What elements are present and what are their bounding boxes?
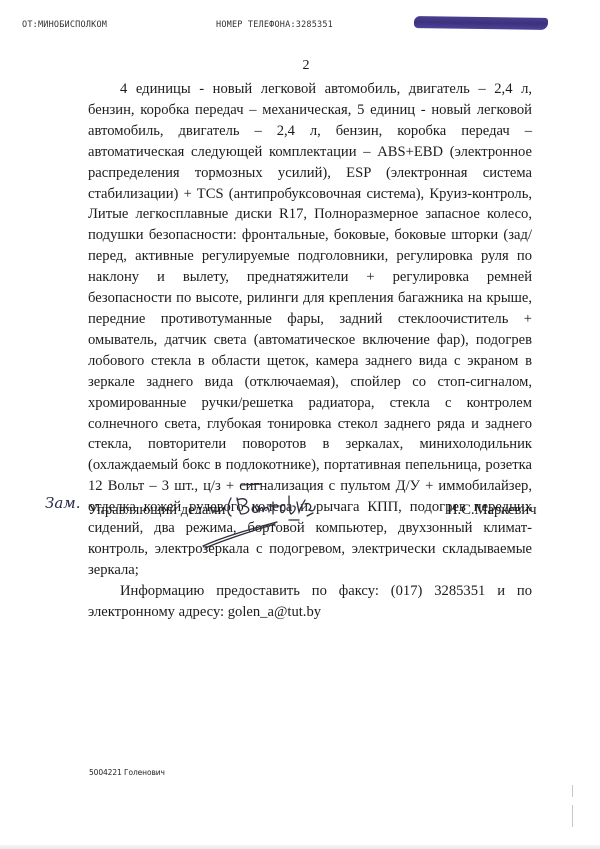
- scan-edge-mark: [572, 805, 573, 827]
- executor-note: 5004221 Голенович: [89, 768, 165, 777]
- scan-bottom-edge: [0, 845, 600, 849]
- signatory-name: И.С.Маркевич: [447, 502, 537, 519]
- page-number: 2: [0, 58, 600, 74]
- handwritten-signature-icon: [185, 476, 345, 551]
- scan-edge-mark: [572, 785, 573, 797]
- fax-sender: ОТ:МИНОБИСПОЛКОМ: [22, 20, 107, 30]
- handwritten-prefix: Зам.: [45, 494, 81, 512]
- fax-phone-number: НОМЕР ТЕЛЕФОНА:3285351: [216, 20, 333, 30]
- signature-block: Зам. Управляющий делами И.С.Маркевич: [0, 494, 600, 554]
- fax-header: ОТ:МИНОБИСПОЛКОМ НОМЕР ТЕЛЕФОНА:3285351: [0, 20, 600, 34]
- redaction-mark: [414, 16, 548, 30]
- paragraph-contact-info: Информацию предоставить по факсу: (017) …: [88, 581, 532, 623]
